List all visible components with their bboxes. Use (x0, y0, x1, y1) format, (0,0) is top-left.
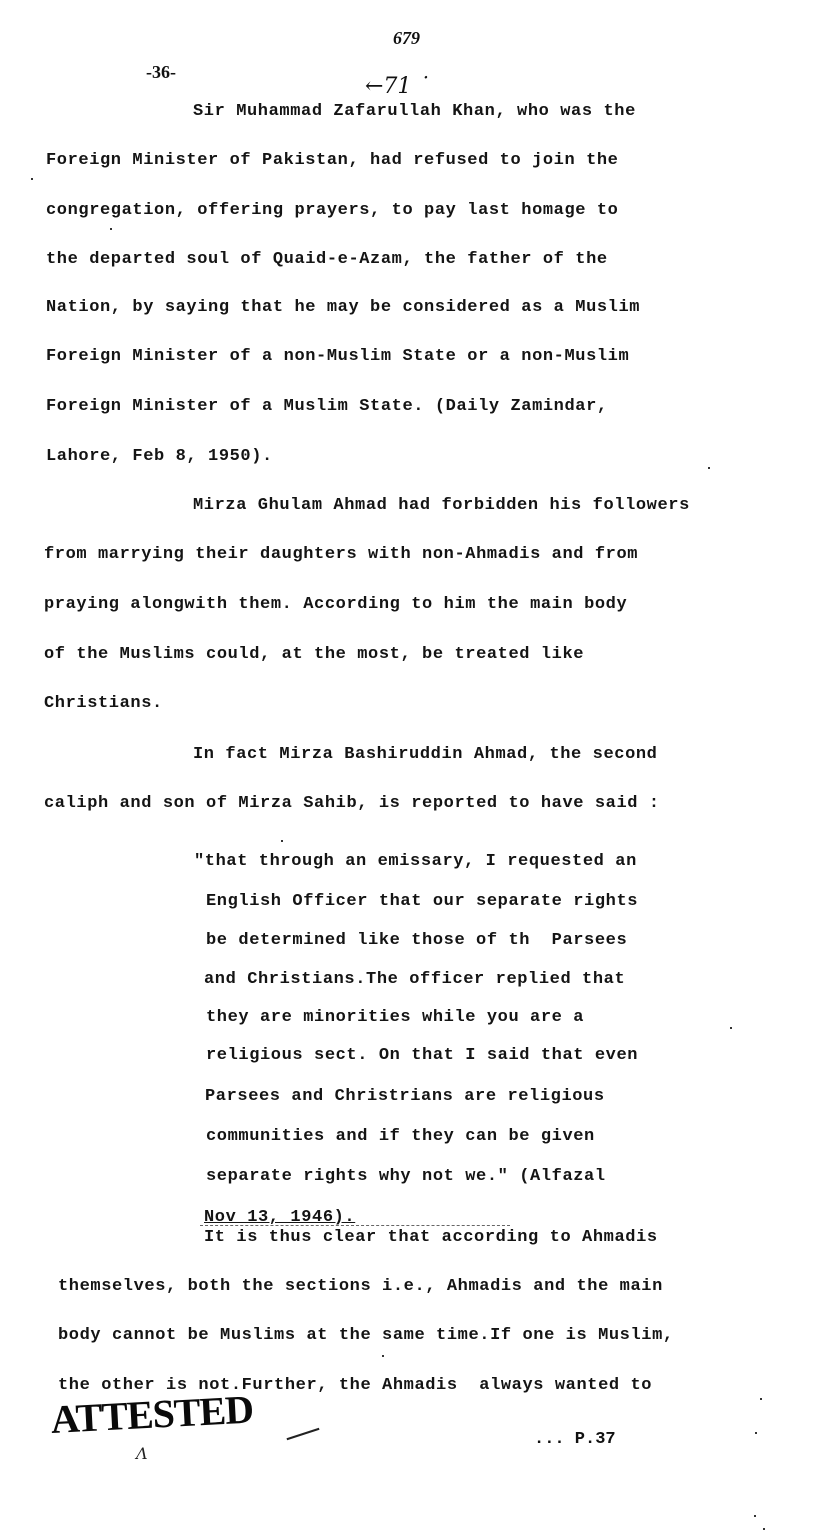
quote-line: they are minorities while you are a (206, 1008, 584, 1028)
text-line: Foreign Minister of a non-Muslim State o… (46, 347, 629, 367)
text-line: Lahore, Feb 8, 1950). (46, 447, 273, 467)
original-page-marker: -36- (146, 62, 176, 83)
scan-speck (760, 1398, 762, 1400)
text-line: of the Muslims could, at the most, be tr… (44, 645, 584, 665)
text-line: Sir Muhammad Zafarullah Khan, who was th… (193, 102, 636, 122)
quote-line: "that through an emissary, I requested a… (194, 852, 637, 872)
quote-line: and Christians.The officer replied that (204, 970, 625, 990)
scan-speck (754, 1515, 756, 1517)
scan-speck (382, 1355, 384, 1357)
signature-mark: Λ (136, 1444, 148, 1463)
text-line: Nation, by saying that he may be conside… (46, 298, 640, 318)
text-line: Foreign Minister of Pakistan, had refuse… (46, 151, 619, 171)
quote-line: separate rights why not we." (Alfazal (206, 1167, 606, 1187)
attested-stamp: ATTESTED (50, 1385, 255, 1443)
text-line: praying alongwith them. According to him… (44, 595, 627, 615)
scan-speck (730, 1027, 732, 1029)
dotted-rule (200, 1225, 510, 1226)
text-line: Mirza Ghulam Ahmad had forbidden his fol… (193, 496, 690, 516)
page-number: 679 (393, 28, 420, 49)
quote-line: communities and if they can be given (206, 1127, 595, 1147)
document-page: 679 -36- ←71 ˙ Sir Muhammad Zafarullah K… (0, 0, 840, 1540)
text-line: themselves, both the sections i.e., Ahma… (58, 1277, 663, 1297)
continued-page-marker: ... P.37 (534, 1430, 616, 1449)
scan-speck (31, 178, 33, 180)
scan-speck (763, 1528, 765, 1530)
quote-line: be determined like those of th Parsees (206, 931, 627, 951)
text-line: body cannot be Muslims at the same time.… (58, 1326, 674, 1346)
text-line: It is thus clear that according to Ahmad… (204, 1228, 658, 1248)
text-line: Foreign Minister of a Muslim State. (Dai… (46, 397, 608, 417)
quote-line: religious sect. On that I said that even (206, 1046, 638, 1066)
scan-speck (708, 467, 710, 469)
text-line: congregation, offering prayers, to pay l… (46, 201, 619, 221)
text-line: In fact Mirza Bashiruddin Ahmad, the sec… (193, 745, 657, 765)
quote-line: Parsees and Christrians are religious (205, 1087, 605, 1107)
handwritten-page-annotation: ←71 ˙ (365, 74, 429, 99)
text-line: from marrying their daughters with non-A… (44, 545, 638, 565)
text-line: the departed soul of Quaid-e-Azam, the f… (46, 250, 608, 270)
quote-line: English Officer that our separate rights (206, 892, 638, 912)
scan-speck (110, 228, 112, 230)
text-line: caliph and son of Mirza Sahib, is report… (44, 794, 660, 814)
pen-stroke (287, 1428, 320, 1440)
scan-speck (755, 1432, 757, 1434)
scan-speck (281, 840, 283, 842)
text-line: Christians. (44, 694, 163, 714)
